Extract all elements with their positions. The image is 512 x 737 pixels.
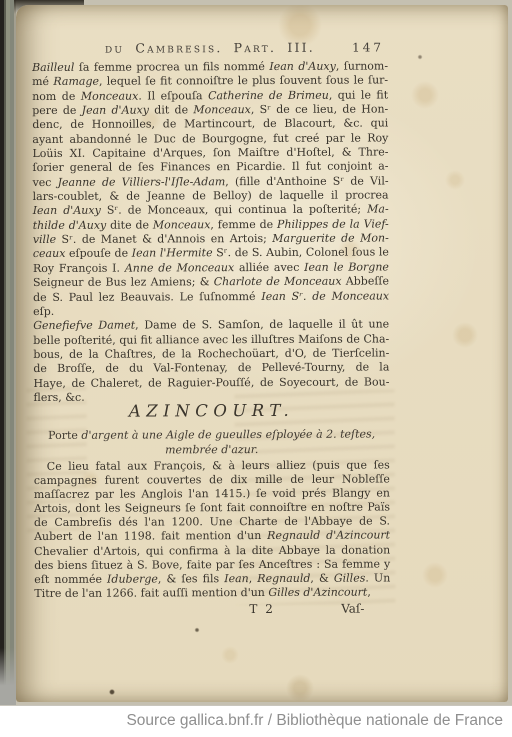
book-page: du Cambresis. Part. III. 147 Bailleul ſa… [16, 5, 508, 702]
text-line: maſſacrez par les Anglois l'an 1415.) ſe… [34, 487, 390, 503]
text-line: ville Sʳ. de Manet & d'Annois en Artois;… [33, 232, 389, 248]
running-header: du Cambresis. Part. III. 147 [32, 39, 388, 56]
text-line: Genefiefve Damet, Dame de S. Samſon, de … [33, 318, 389, 334]
text-line: Titre de l'an 1266. fait auſſi mention d… [34, 585, 390, 601]
book-binding [0, 0, 16, 706]
text-line: bous, de la Chaſtres, de la Rochechoüart… [33, 346, 389, 362]
text-line: Aubert de l'an 1198. fait mention d'un R… [34, 529, 390, 545]
text-line: Haye, de Chaleret, de Raguier-Pouſſé, de… [33, 375, 389, 391]
text-line: mé Ramage, lequel ſe fit connoiſtre le p… [32, 74, 388, 90]
text-line: ceaux eſpouſe de Iean l'Hermite Sʳ. de S… [33, 246, 389, 262]
source-banner-text: Source gallica.bnf.fr / Bibliothèque nat… [126, 706, 503, 736]
text-line: Roy François I. Anne de Monceaux alliée … [33, 260, 389, 276]
text-line: de Cambreſis dés l'an 1200. Une Charte d… [34, 515, 390, 531]
catchword: Vaſ- [341, 602, 364, 616]
signature-line: T 2 Vaſ- [34, 601, 390, 619]
screenshot: du Cambresis. Part. III. 147 Bailleul ſa… [0, 0, 512, 737]
paragraph-azincourt: Ce lieu fatal aux François, & à leurs al… [34, 458, 391, 600]
text-line: Bailleul ſa femme procrea un fils nommé … [32, 59, 388, 75]
signature-mark: T 2 [249, 602, 275, 616]
page-content: du Cambresis. Part. III. 147 Bailleul ſa… [15, 4, 510, 703]
text-line: de S. Paul lez Beauvais. Le ſuſnommé Iea… [33, 289, 389, 319]
text-line: eſt nommée Iduberge, & ſes fils Iean, Re… [34, 571, 390, 587]
text-line: Loüis XI. Capitaine d'Arques, ſon Maiſtr… [32, 146, 388, 162]
blazon-text: Porte d'argent à une Aigle de gueulles e… [34, 427, 390, 458]
text-line: Porte d'argent à une Aigle de gueulles e… [34, 427, 390, 443]
text-line: de Broſſe, de du Val-Fontenay, de Pellev… [33, 361, 389, 377]
text-line: vec Jeanne de Villiers-l'Iſle-Adam, (fil… [33, 174, 389, 190]
source-banner: Source gallica.bnf.fr / Bibliothèque nat… [0, 705, 512, 737]
text-line: Iean d'Auxy Sʳ. de Monceaux, qui continu… [33, 203, 389, 219]
text-line: Seigneur de Bus lez Amiens; & Charlote d… [33, 275, 389, 291]
text-line: thilde d'Auxy dite de Monceaux, femme de… [33, 217, 389, 233]
paragraph-genealogy: Bailleul ſa femme procrea un fils nommé … [32, 59, 389, 405]
text-line: membrée d'azur. [34, 442, 390, 458]
text-line: ayant abandonné le Duc de Bourgogne, fut… [32, 131, 388, 147]
page-number: 147 [352, 40, 384, 54]
running-header-title: du Cambresis. Part. III. [105, 40, 315, 56]
text-line: Ce lieu fatal aux François, & à leurs al… [34, 458, 390, 474]
text-line: denc, de Honnoilles, de Martincourt, de … [32, 117, 388, 133]
text-line: nom de Monceaux. Il eſpouſa Catherine de… [32, 88, 388, 104]
book-scan: du Cambresis. Part. III. 147 Bailleul ſa… [0, 0, 512, 706]
text-line: des biens ſituez à S. Bove, faite par ſe… [34, 557, 390, 573]
text-line: Chevalier d'Artois, qui confirma à la di… [34, 543, 390, 559]
text-line: Artois, dont les Seigneurs ſe ſont fait … [34, 501, 390, 517]
text-line: campagnes furent couvertes de dix mille … [34, 473, 390, 489]
text-line: belle poſterité, qui fit alliance avec l… [33, 332, 389, 348]
section-heading-azincourt: AZINCOURT. [34, 400, 390, 421]
text-line: lars-coublet, & de Jeanne de Belloy) de … [33, 189, 389, 205]
text-line: ſorier general de ſes Finances en Picard… [32, 160, 388, 176]
text-line: pere de Jean d'Auxy dit de Monceaux, Sʳ … [32, 102, 388, 118]
